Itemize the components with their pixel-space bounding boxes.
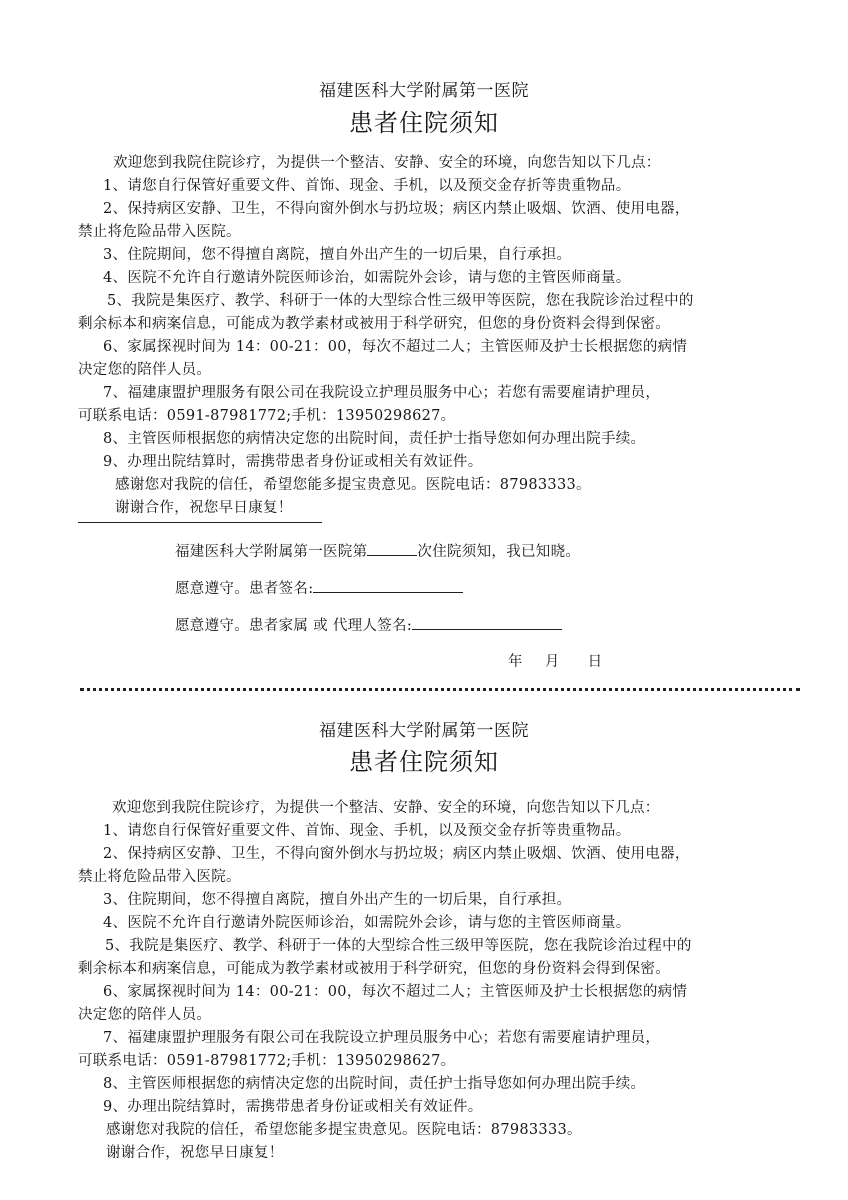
item-1: 1、请您自行保管好重要文件、首饰、现金、手机，以及预交金存折等贵重物品。 [103, 174, 631, 195]
item-4: 4、医院不允许自行邀请外院医师诊治，如需院外会诊，请与您的主管医师商量。 [103, 266, 631, 287]
proxy-signature-row: 愿意遵守。患者家属 或 代理人签名: [175, 614, 562, 635]
date-row: 年月日 [508, 650, 602, 671]
closing-text: 谢谢合作，祝您早日康复！ [106, 1141, 284, 1162]
thanks-text: 感谢您对我院的信任，希望您能多提宝贵意见。医院电话：87983333。 [115, 473, 591, 494]
thanks-text: 感谢您对我院的信任，希望您能多提宝贵意见。医院电话：87983333。 [106, 1118, 582, 1139]
item-3: 3、住院期间，您不得擅自离院，擅自外出产生的一切后果，自行承担。 [103, 243, 571, 264]
hospital-name: 福建医科大学附属第一医院 [0, 716, 848, 741]
intro-text: 欢迎您到我院住院诊疗，为提供一个整洁、安静、安全的环境，向您告知以下几点： [113, 151, 661, 172]
date-year: 年 [508, 654, 523, 670]
item-7-cont: 可联系电话：0591-87981772;手机：13950298627。 [78, 1049, 455, 1070]
item-2: 2、保持病区安静、卫生，不得向窗外倒水与扔垃圾；病区内禁止吸烟、饮酒、使用电器， [103, 197, 690, 218]
document-title: 患者住院须知 [0, 103, 848, 138]
item-6-cont: 决定您的陪伴人员。 [78, 358, 211, 379]
proxy-signature-label: 愿意遵守。患者家属 或 代理人签名: [175, 618, 412, 634]
ack-suffix: 次住院须知，我已知晓。 [417, 544, 580, 560]
item-6: 6、家属探视时间为 14：00-21：00，每次不超过二人；主管医师及护士长根据… [103, 335, 687, 356]
closing-text: 谢谢合作，祝您早日康复！ [115, 496, 293, 517]
item-5-cont: 剩余标本和病案信息，可能成为教学素材或被用于科学研究，但您的身份资料会得到保密。 [78, 312, 670, 333]
date-day: 日 [588, 654, 603, 670]
item-8: 8、主管医师根据您的病情决定您的出院时间，责任护士指导您如何办理出院手续。 [103, 1072, 645, 1093]
section-divider [78, 522, 322, 523]
proxy-signature-field[interactable] [412, 615, 562, 630]
hospital-name: 福建医科大学附属第一医院 [0, 76, 848, 101]
item-1: 1、请您自行保管好重要文件、首饰、现金、手机，以及预交金存折等贵重物品。 [103, 819, 631, 840]
patient-signature-row: 愿意遵守。患者签名: [175, 577, 463, 598]
item-2-cont: 禁止将危险品带入医院。 [78, 865, 241, 886]
document-title: 患者住院须知 [0, 742, 848, 777]
item-2: 2、保持病区安静、卫生，不得向窗外倒水与扔垃圾；病区内禁止吸烟、饮酒、使用电器， [103, 842, 690, 863]
item-8: 8、主管医师根据您的病情决定您的出院时间，责任护士指导您如何办理出院手续。 [103, 427, 645, 448]
item-7: 7、福建康盟护理服务有限公司在我院设立护理员服务中心；若您有需要雇请护理员， [103, 1026, 660, 1047]
item-3: 3、住院期间，您不得擅自离院，擅自外出产生的一切后果，自行承担。 [103, 888, 571, 909]
item-6-cont: 决定您的陪伴人员。 [78, 1003, 211, 1024]
ack-statement: 福建医科大学附属第一医院第次住院须知，我已知晓。 [175, 540, 580, 561]
admission-count-field[interactable] [367, 541, 417, 556]
item-9: 9、办理出院结算时，需携带患者身份证或相关有效证件。 [103, 450, 483, 471]
ack-prefix: 福建医科大学附属第一医院第 [175, 544, 367, 560]
item-7: 7、福建康盟护理服务有限公司在我院设立护理员服务中心；若您有需要雇请护理员， [103, 381, 660, 402]
item-4: 4、医院不允许自行邀请外院医师诊治，如需院外会诊，请与您的主管医师商量。 [103, 911, 631, 932]
item-5: 5、我院是集医疗、教学、科研于一体的大型综合性三级甲等医院，您在我院诊治过程中的 [105, 934, 692, 955]
item-7-cont: 可联系电话：0591-87981772;手机：13950298627。 [78, 404, 455, 425]
item-2-cont: 禁止将危险品带入医院。 [78, 220, 241, 241]
patient-signature-field[interactable] [313, 578, 463, 593]
date-month: 月 [545, 654, 560, 670]
patient-signature-label: 愿意遵守。患者签名: [175, 581, 313, 597]
item-6: 6、家属探视时间为 14：00-21：00，每次不超过二人；主管医师及护士长根据… [103, 980, 687, 1001]
item-5-cont: 剩余标本和病案信息，可能成为教学素材或被用于科学研究，但您的身份资料会得到保密。 [78, 957, 670, 978]
item-5: 5、我院是集医疗、教学、科研于一体的大型综合性三级甲等医院，您在我院诊治过程中的 [107, 289, 694, 310]
intro-text: 欢迎您到我院住院诊疗，为提供一个整洁、安静、安全的环境，向您告知以下几点： [112, 796, 660, 817]
item-9: 9、办理出院结算时，需携带患者身份证或相关有效证件。 [103, 1095, 483, 1116]
tear-off-dotted-line [80, 688, 800, 691]
